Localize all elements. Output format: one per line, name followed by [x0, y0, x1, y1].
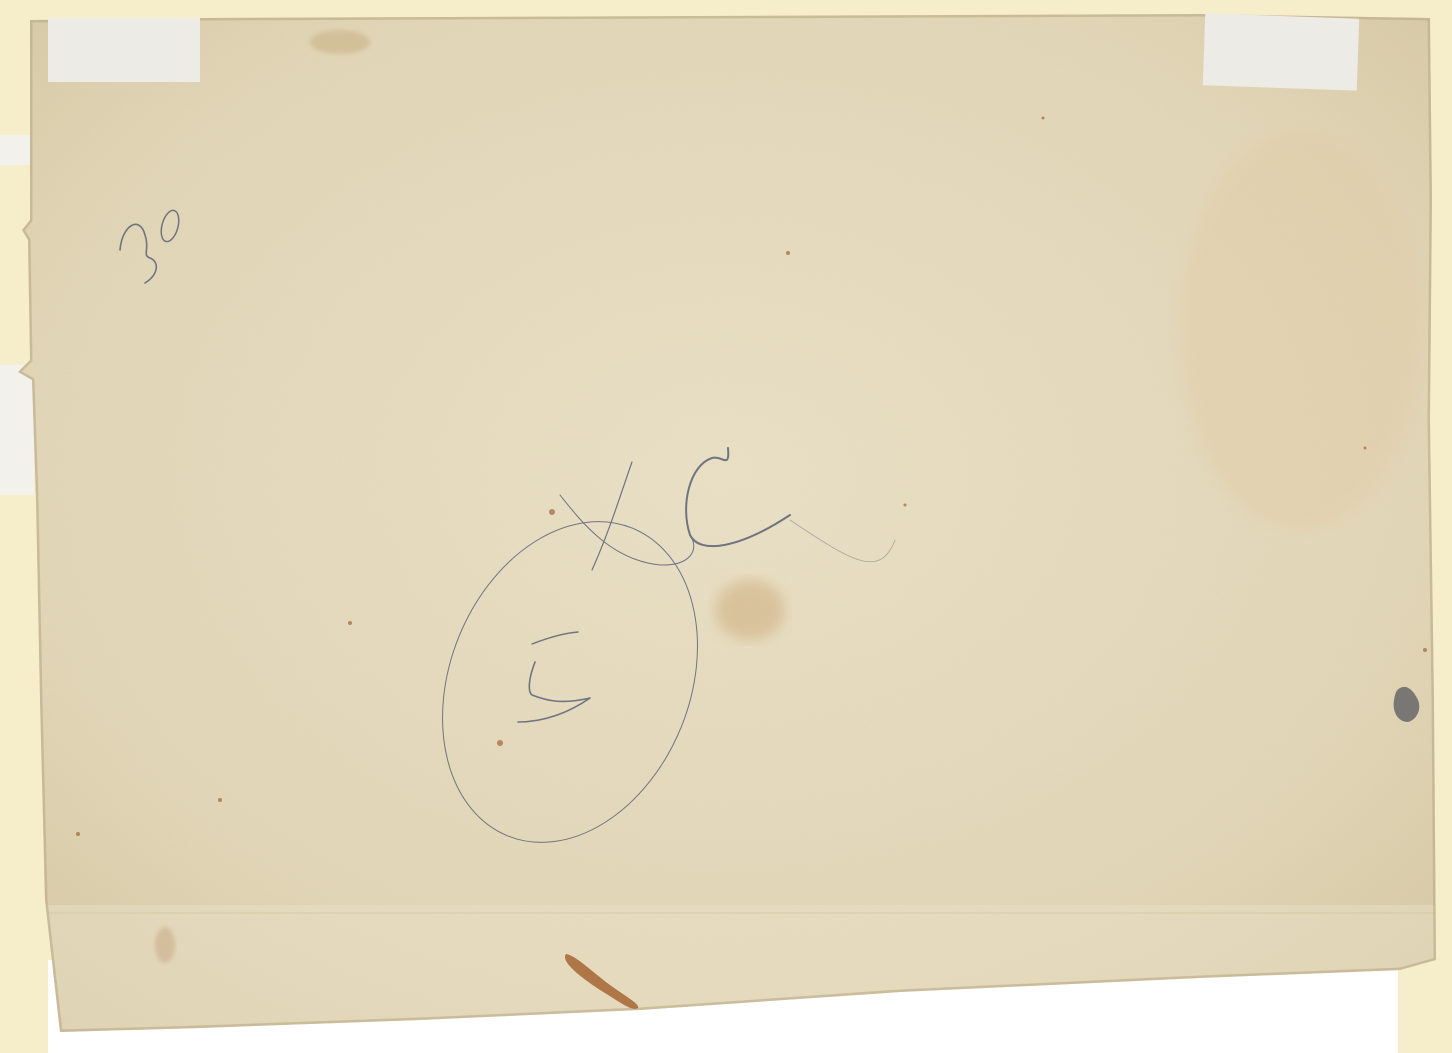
paper-sheet [0, 0, 1452, 1053]
hinge-tape-right [1203, 13, 1359, 90]
hinge-tape-left [48, 18, 200, 82]
